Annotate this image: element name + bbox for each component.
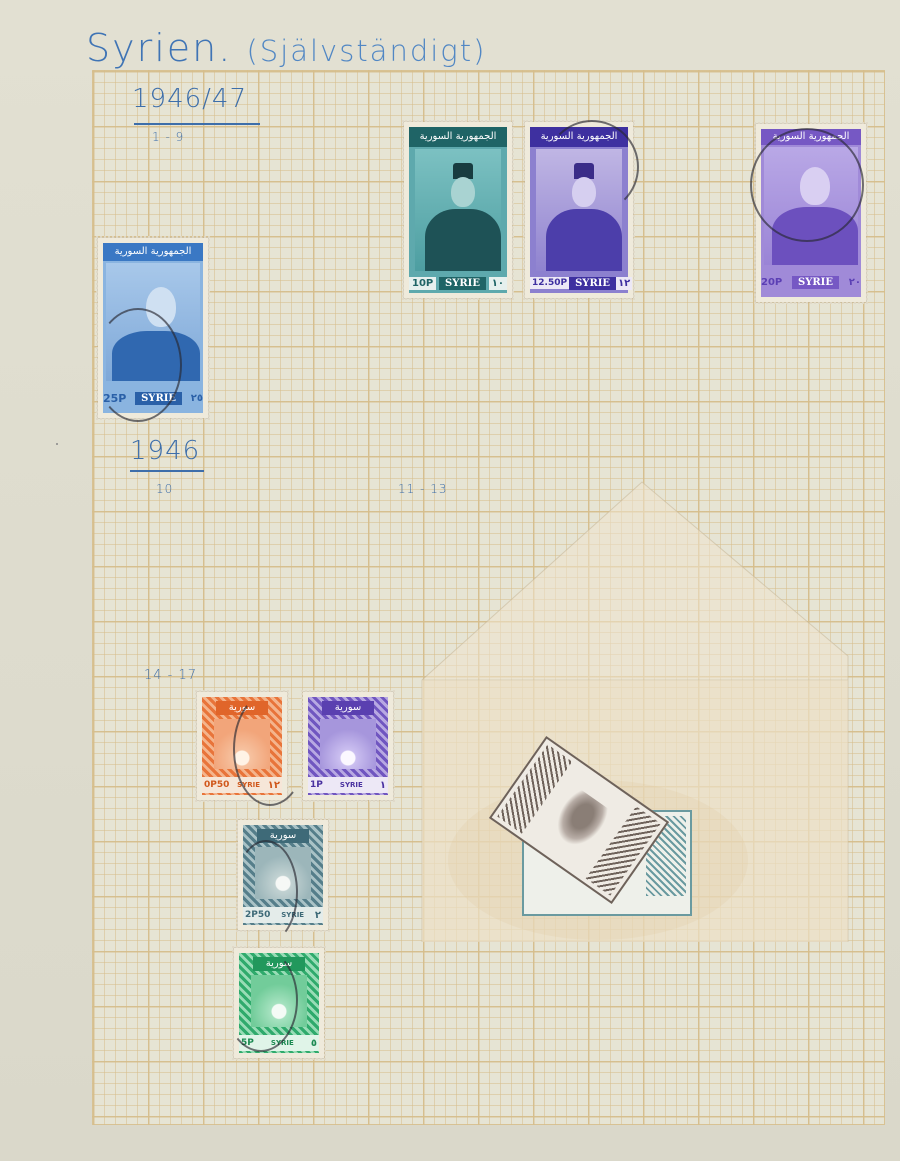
stamp-10p[interactable]: الجمهورية السورية 10P SYRIE ١٠ <box>404 122 512 298</box>
postmark <box>545 120 639 214</box>
stamp-country: SYRIE <box>340 781 363 789</box>
stamp-value: 12.50P <box>530 277 569 289</box>
stamp-0-50p[interactable]: سورية 0P50 SYRIE ١٢ <box>197 692 287 800</box>
stamp-2-50p[interactable]: سورية 2P50 SYRIE ٢ <box>238 820 328 930</box>
stamp-12-50p[interactable]: الجمهورية السورية 12.50P SYRIE ١٢ <box>525 122 633 298</box>
stamp-country: SYRIE <box>569 277 616 290</box>
postmark <box>224 948 298 1052</box>
stamp-25p[interactable]: الجمهورية السورية 25P SYRIE ٢٥ <box>98 238 208 418</box>
stamp-header: الجمهورية السورية <box>409 127 507 147</box>
stamp-country: SYRIE <box>792 276 839 289</box>
section-range-14-17: 14 - 17 <box>144 668 197 683</box>
stamp-5p[interactable]: سورية 5P SYRIE ٥ <box>234 948 324 1058</box>
postmark <box>234 840 298 944</box>
title-country: Syrien. <box>86 26 232 70</box>
stamp-value: 1P <box>308 780 323 790</box>
stamp-value: 20P <box>761 277 782 288</box>
underline <box>130 470 204 472</box>
postmark <box>94 308 182 422</box>
eagle-icon <box>547 787 613 855</box>
section-year-1946: 1946 <box>130 436 200 466</box>
section-range-1-9: 1 - 9 <box>152 130 184 144</box>
album-page: Syrien. (Självständigt) 1946/47 1 - 9 19… <box>0 0 900 1161</box>
stamp-value: 10P <box>409 277 436 290</box>
glassine-envelope[interactable] <box>418 480 853 942</box>
section-range-10: 10 <box>156 482 173 496</box>
stamp-value: 0P50 <box>202 780 229 790</box>
page-title: Syrien. (Självständigt) <box>86 26 486 70</box>
stamp-header: الجمهورية السورية <box>103 243 203 261</box>
title-subtitle: (Självständigt) <box>246 34 486 68</box>
postmark <box>750 128 864 242</box>
speck <box>56 443 58 445</box>
stamp-country: SYRIE <box>439 277 486 290</box>
postmark <box>233 692 307 806</box>
stamp-header: سورية <box>322 701 374 715</box>
underline <box>134 123 260 125</box>
stamp-20p[interactable]: الجمهورية السورية 20P SYRIE ٢٠ <box>756 124 866 302</box>
section-year-1946-47: 1946/47 <box>132 84 247 114</box>
stamp-1p[interactable]: سورية 1P SYRIE ١ <box>303 692 393 800</box>
